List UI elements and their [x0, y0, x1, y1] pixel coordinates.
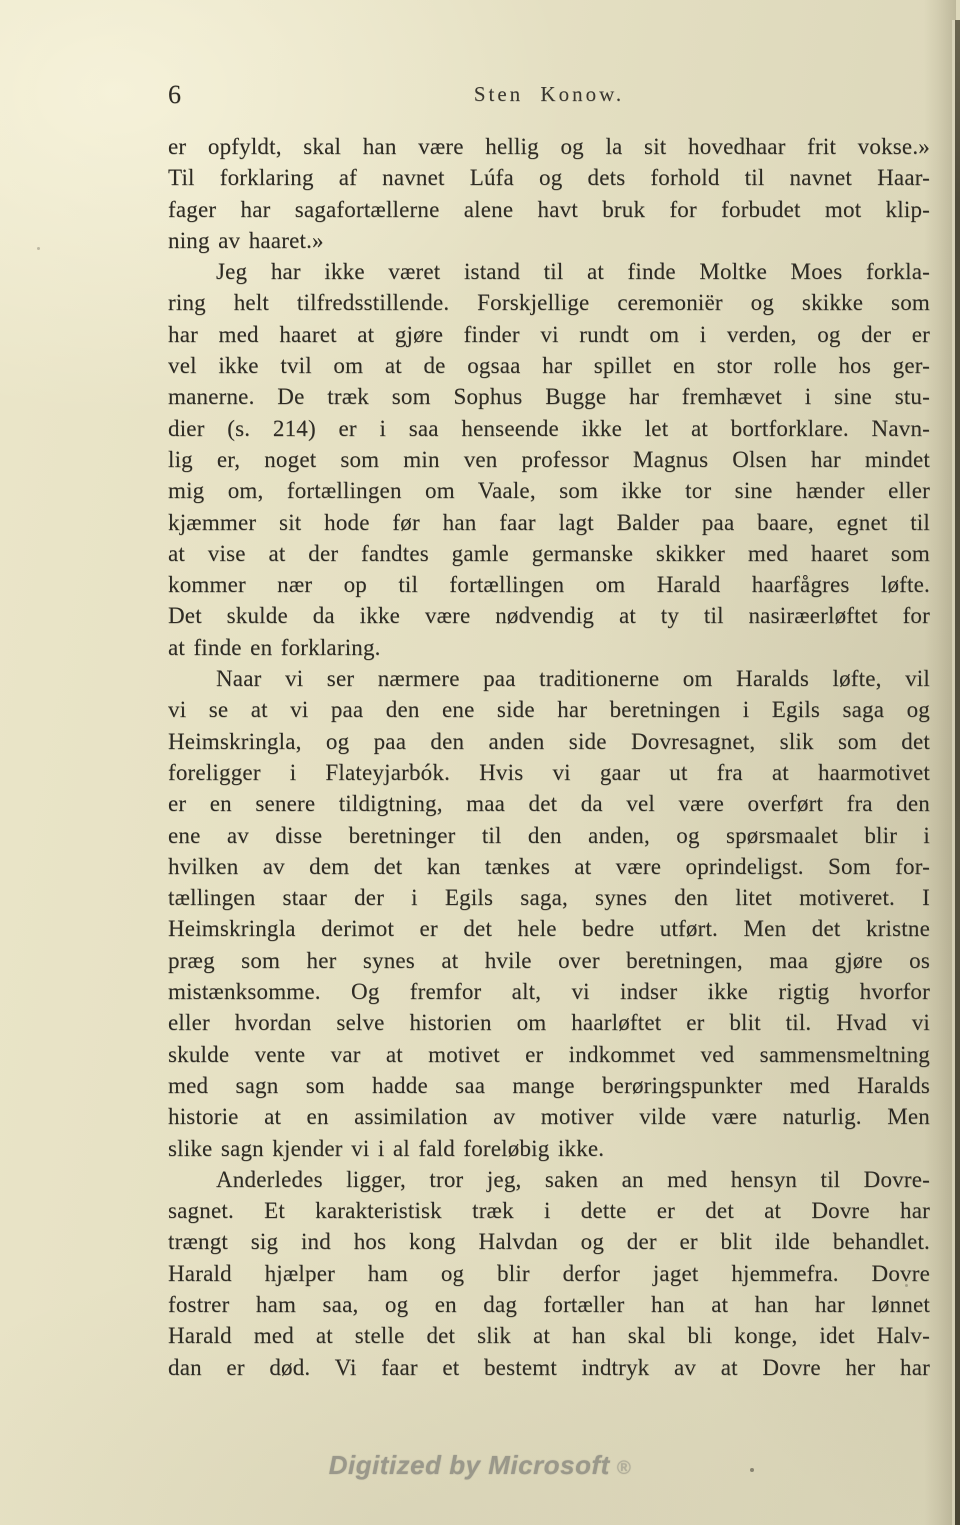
text-line: er en senere tildigtning, maa det da vel…: [168, 788, 930, 819]
text-line: ning av haaret.»: [168, 225, 930, 256]
text-line: præg som her synes at hvile over beretni…: [168, 945, 930, 976]
text-line: skulde vente var at motivet er indkommet…: [168, 1039, 930, 1070]
page-edge-line: [955, 20, 960, 1525]
text-line: historie at en assimilation av motiver v…: [168, 1101, 930, 1132]
text-line: sagnet. Et karakteristisk træk i dette e…: [168, 1195, 930, 1226]
running-head: Sten Konow.: [168, 82, 930, 107]
text-line: Til forklaring af navnet Lúfa og dets fo…: [168, 162, 930, 193]
text-line: Harald med at stelle det slik at han ska…: [168, 1320, 930, 1351]
text-line: fostrer ham saa, og en dag fortæller han…: [168, 1289, 930, 1320]
ink-speck: [905, 1284, 908, 1287]
registered-mark-icon: ®: [617, 1458, 632, 1480]
ink-speck: [750, 1468, 754, 1472]
watermark: Digitized by Microsoft ®: [0, 1450, 960, 1481]
text-line: dan er død. Vi faar et bestemt indtryk a…: [168, 1352, 930, 1383]
text-line: tællingen staar der i Egils saga, synes …: [168, 882, 930, 913]
text-line: fager har sagafortællerne alene havt bru…: [168, 194, 930, 225]
text-line: er opfyldt, skal han være hellig og la s…: [168, 131, 930, 162]
text-line: Jeg har ikke været istand til at finde M…: [168, 256, 930, 287]
text-line: kjæmmer sit hode før han faar lagt Balde…: [168, 507, 930, 538]
text-line: slike sagn kjender vi i al fald foreløbi…: [168, 1133, 930, 1164]
text-line: Anderledes ligger, tror jeg, saken an me…: [168, 1164, 930, 1195]
ink-speck: [37, 247, 40, 250]
text-line: ring helt tilfredsstillende. Forskjellig…: [168, 287, 930, 318]
text-line: Harald hjælper ham og blir derfor jaget …: [168, 1258, 930, 1289]
text-line: eller hvordan selve historien om haarløf…: [168, 1007, 930, 1038]
text-line: ene av disse beretninger til den anden, …: [168, 820, 930, 851]
text-line: med sagn som hadde saa mange berøringspu…: [168, 1070, 930, 1101]
text-line: mig om, fortællingen om Vaale, som ikke …: [168, 475, 930, 506]
text-line: Heimskringla, og paa den anden side Dovr…: [168, 726, 930, 757]
text-block: er opfyldt, skal han være hellig og la s…: [168, 131, 930, 1383]
text-line: vel ikke tvil om at de ogsaa har spillet…: [168, 350, 930, 381]
text-line: at vise at der fandtes gamle germanske s…: [168, 538, 930, 569]
text-line: at finde en forklaring.: [168, 632, 930, 663]
text-line: kommer nær op til fortællingen om Harald…: [168, 569, 930, 600]
watermark-text: Digitized by Microsoft: [329, 1450, 610, 1481]
text-line: foreligger i Flateyjarbók. Hvis vi gaar …: [168, 757, 930, 788]
book-page: 6 Sten Konow. er opfyldt, skal han være …: [0, 0, 960, 1525]
text-line: Det skulde da ikke være nødvendig at ty …: [168, 600, 930, 631]
text-line: Heimskringla derimot er det hele bedre u…: [168, 913, 930, 944]
text-line: Naar vi ser nærmere paa traditionerne om…: [168, 663, 930, 694]
text-line: mistænksomme. Og fremfor alt, vi indser …: [168, 976, 930, 1007]
text-line: trængt sig ind hos kong Halvdan og der e…: [168, 1226, 930, 1257]
text-line: hvilken av dem det kan tænkes at være op…: [168, 851, 930, 882]
text-line: manerne. De træk som Sophus Bugge har fr…: [168, 381, 930, 412]
text-line: lig er, noget som min ven professor Magn…: [168, 444, 930, 475]
text-line: har med haaret at gjøre finder vi rundt …: [168, 319, 930, 350]
text-line: dier (s. 214) er i saa henseende ikke le…: [168, 413, 930, 444]
text-line: vi se at vi paa den ene side har beretni…: [168, 694, 930, 725]
